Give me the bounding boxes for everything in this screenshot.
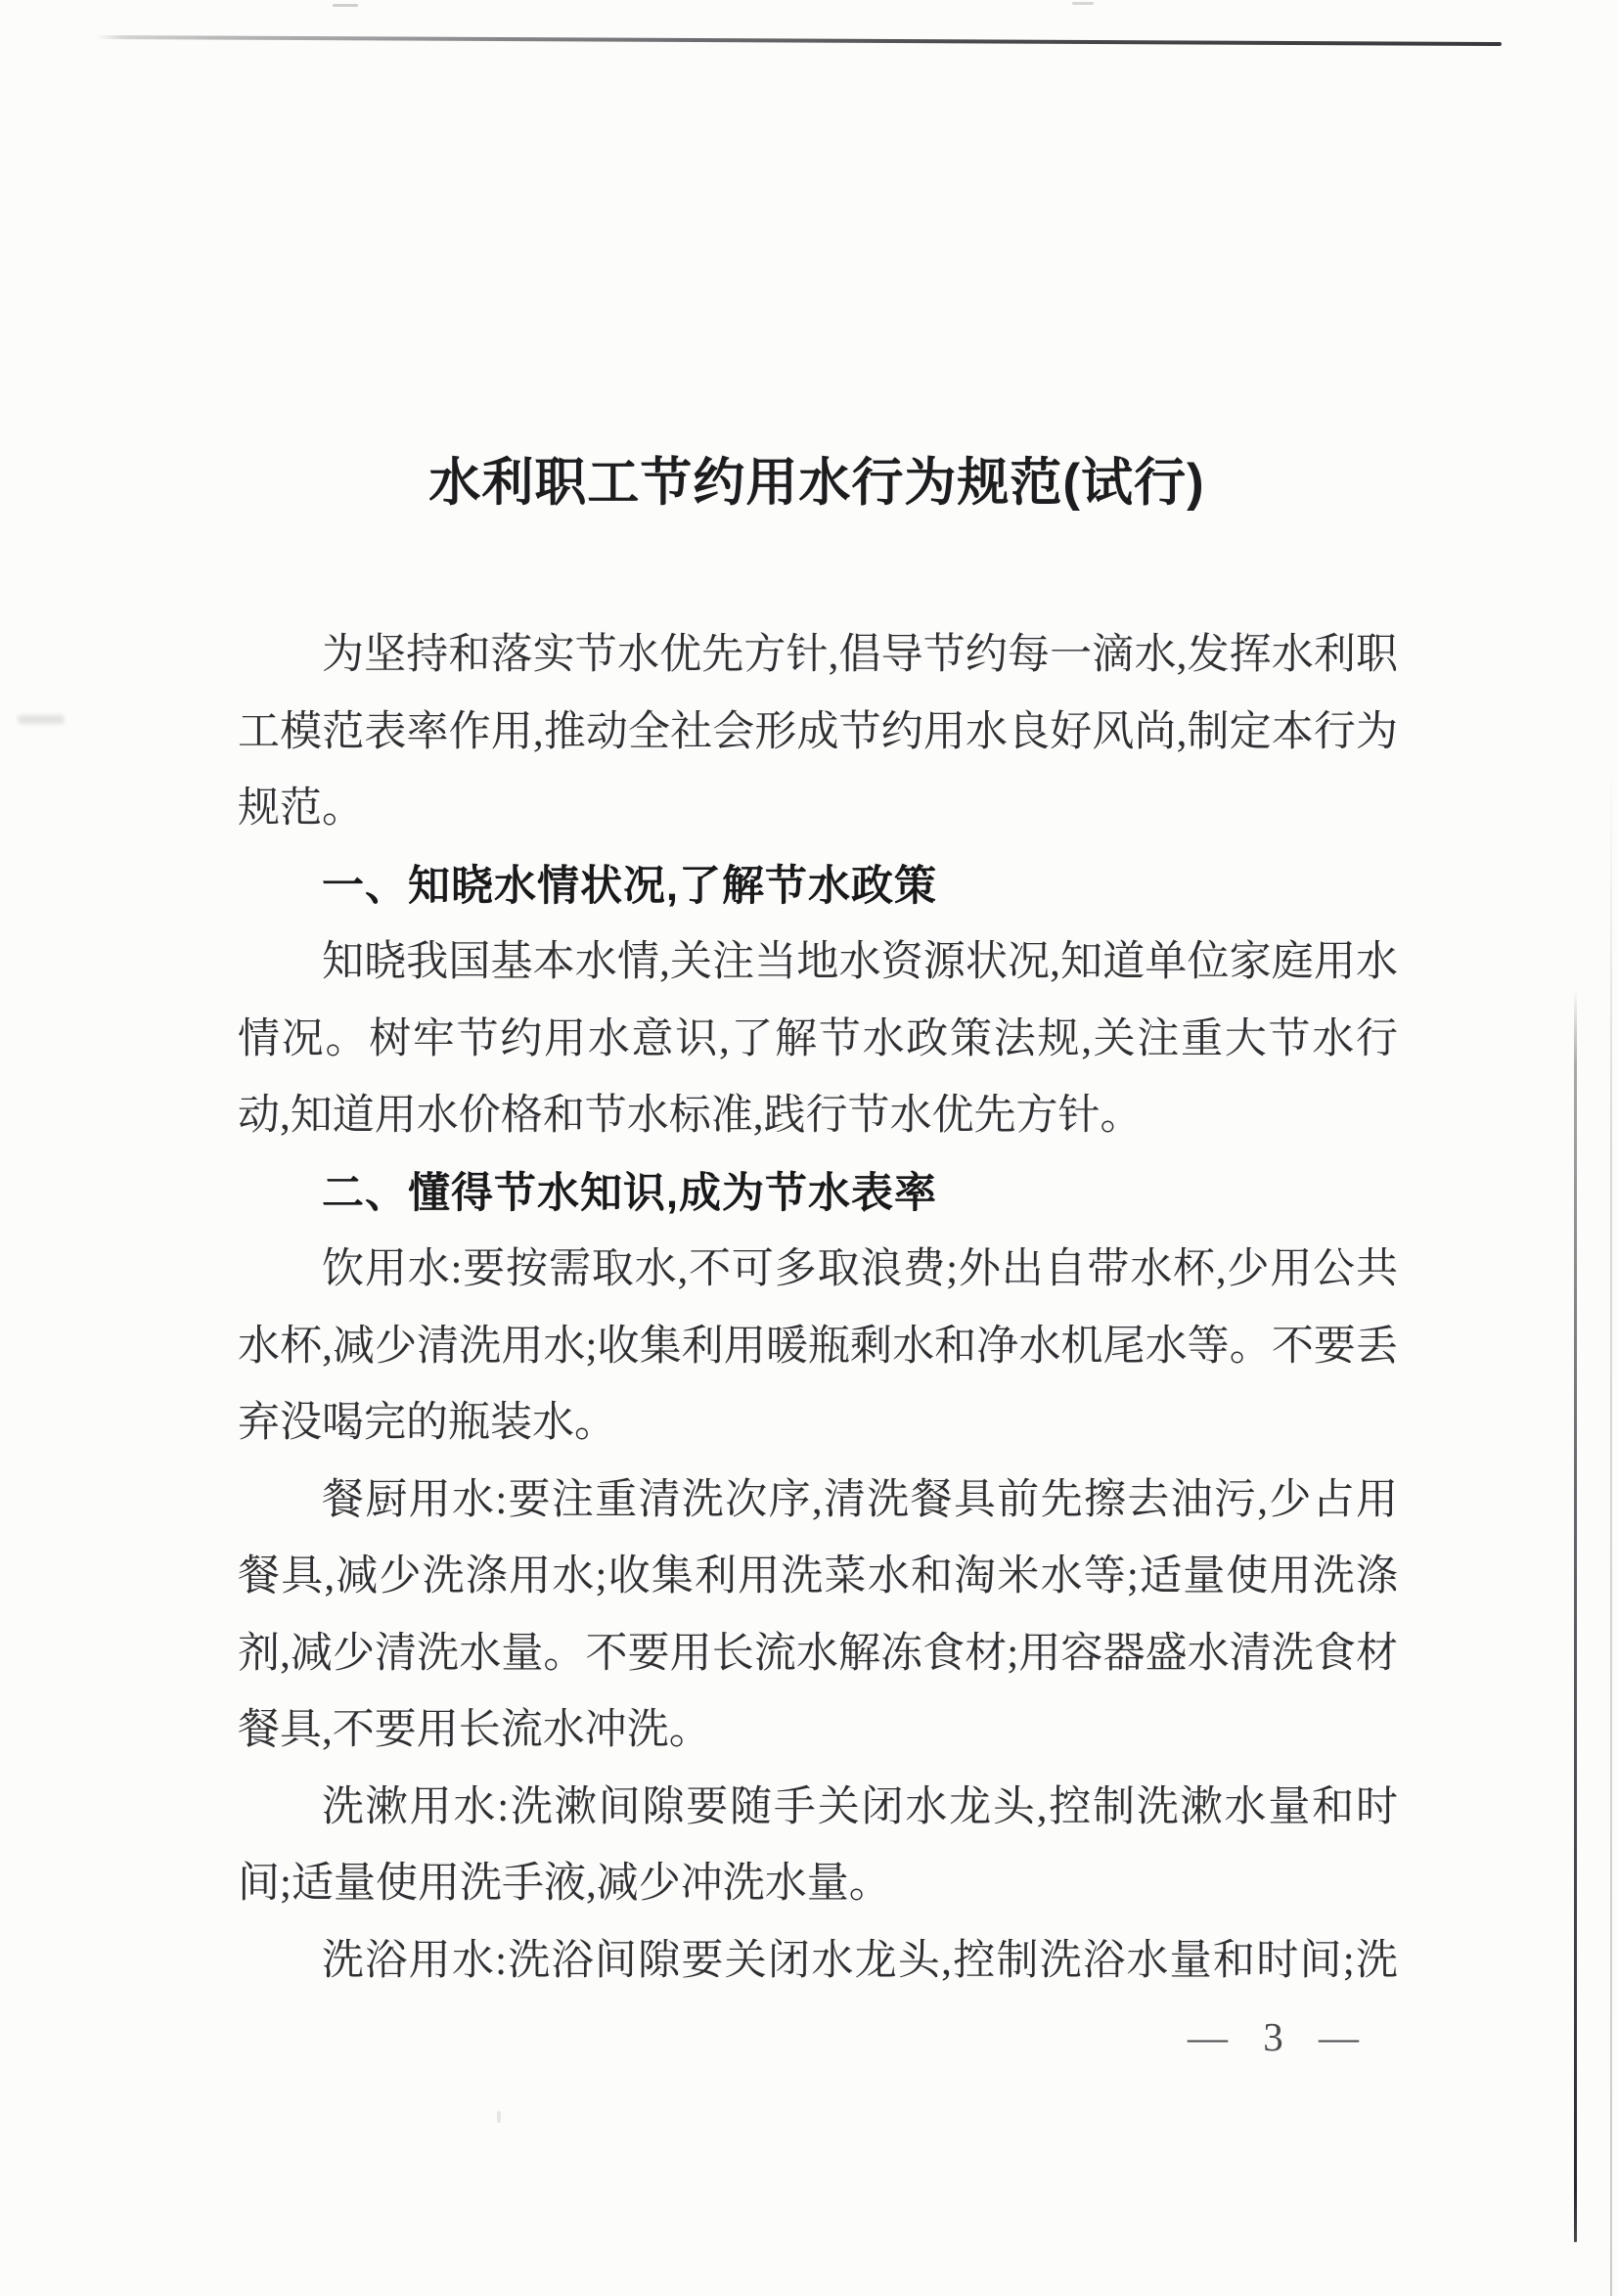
section-heading-1: 一、知晓水情状况,了解节水政策: [238, 848, 1398, 925]
body-line: 情况。树牢节约用水意识,了解节水政策法规,关注重大节水行: [238, 1002, 1398, 1079]
body-line: 为坚持和落实节水优先方针,倡导节约每一滴水,发挥水利职: [238, 617, 1398, 695]
body-line: 洗漱用水:洗漱间隙要随手关闭水龙头,控制洗漱水量和时: [238, 1770, 1398, 1847]
scan-artifact-top-edge-line: [96, 35, 1502, 46]
scan-artifact-speck: [497, 2111, 501, 2123]
body-line: 间;适量使用洗手液,减少冲洗水量。: [238, 1846, 1398, 1923]
body-line: 水杯,减少清洗用水;收集利用暖瓶剩水和净水机尾水等。不要丢: [238, 1309, 1398, 1386]
body-line: 规范。: [238, 771, 1398, 848]
scan-artifact-left-smudge: [18, 715, 65, 724]
body-line: 弃没喝完的瓶装水。: [238, 1385, 1398, 1463]
document-body: 为坚持和落实节水优先方针,倡导节约每一滴水,发挥水利职 工模范表率作用,推动全社…: [238, 617, 1398, 2000]
scan-artifact-right-vertical-line: [1574, 990, 1577, 2242]
body-line: 餐厨用水:要注重清洗次序,清洗餐具前先擦去油污,少占用: [238, 1463, 1398, 1540]
scanned-document-page: 水利职工节约用水行为规范(试行) 为坚持和落实节水优先方针,倡导节约每一滴水,发…: [0, 0, 1618, 2296]
body-line: 动,知道用水价格和节水标准,践行节水优先方针。: [238, 1078, 1398, 1155]
scan-artifact-speck: [1072, 2, 1094, 5]
body-line: 知晓我国基本水情,关注当地水资源状况,知道单位家庭用水: [238, 924, 1398, 1002]
scan-artifact-speck: [333, 4, 358, 7]
body-line: 工模范表率作用,推动全社会形成节约用水良好风尚,制定本行为: [238, 695, 1398, 772]
body-line: 餐具,不要用长流水冲洗。: [238, 1692, 1398, 1770]
body-line: 饮用水:要按需取水,不可多取浪费;外出自带水杯,少用公共: [238, 1232, 1398, 1309]
scan-artifact-right-faint-line: [1610, 763, 1612, 2296]
body-line: 餐具,减少洗涤用水;收集利用洗菜水和淘米水等;适量使用洗涤: [238, 1539, 1398, 1616]
body-line: 剂,减少清洗水量。不要用长流水解冻食材;用容器盛水清洗食材: [238, 1616, 1398, 1693]
document-title: 水利职工节约用水行为规范(试行): [230, 452, 1404, 515]
page-number: — 3 —: [1188, 2012, 1361, 2061]
section-heading-2: 二、懂得节水知识,成为节水表率: [238, 1155, 1398, 1233]
body-line: 洗浴用水:洗浴间隙要关闭水龙头,控制洗浴水量和时间;洗: [238, 1923, 1398, 2001]
